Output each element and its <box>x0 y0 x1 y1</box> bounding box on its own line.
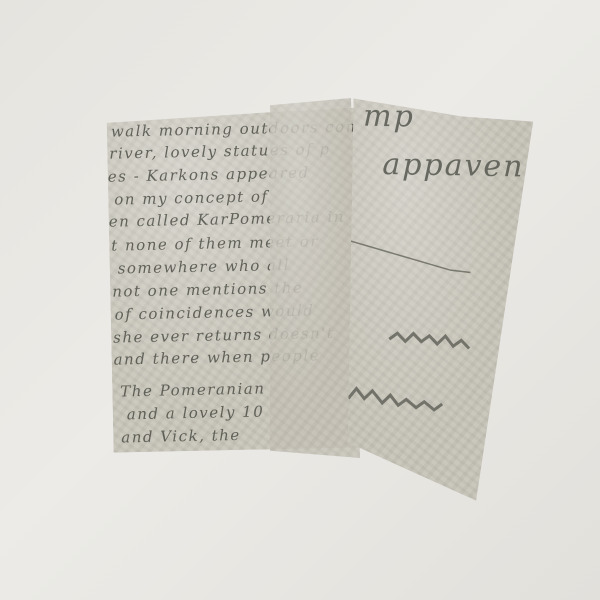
handwritten-line: somewhere who all <box>118 256 291 278</box>
ink-scribbles <box>347 98 534 501</box>
handwritten-line: and a lovely 10 <box>127 402 265 423</box>
handwritten-line: and Vick, the <box>121 426 241 446</box>
right-handwritten-sheet: mp appaven <box>347 98 534 501</box>
handwritten-line: on my concept of <box>114 187 269 208</box>
handwritten-line: The Pomeranian <box>120 379 265 400</box>
center-overlap-strip <box>270 98 360 458</box>
